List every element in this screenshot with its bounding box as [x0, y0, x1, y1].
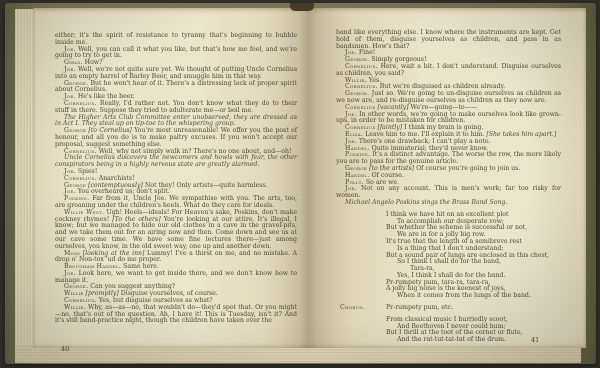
verse-line: When it comes from the lungs of the band…	[397, 293, 561, 300]
speaker-direction: [looking at the inn]	[80, 250, 144, 257]
song-verse: I think we have hit on an excellent plot…	[386, 212, 561, 300]
stage-direction-inline: [She takes him apart.]	[486, 131, 556, 138]
dialogue-line: Willie West. Ugh! Heels—ideals! For Heav…	[55, 210, 297, 251]
dialogue-line: Cornelius. Really, I'd rather not. You d…	[55, 101, 297, 115]
stage-direction: Uncle Cornelius discovers the newcomers …	[55, 155, 297, 169]
dialogue-line: Cornelius. Here, wait a bit. I don't und…	[336, 64, 561, 78]
right-page-number: 41	[531, 336, 539, 344]
dialogue-line: Joe. Look here, we want to get inside th…	[55, 271, 297, 285]
dialogue-line: Poskins. Far from it, Uncle Joe. We symp…	[55, 196, 297, 210]
right-page-content: band like everything else. I know where …	[336, 30, 561, 348]
speaker-name: Moss	[64, 250, 80, 257]
speaker-direction: [to the artists]	[367, 165, 414, 172]
speaker-name: Poskins.	[345, 151, 370, 158]
dialogue-line: Joe. Not on any account. This is men's w…	[336, 186, 561, 200]
stage-direction-inline: [To the others]	[112, 216, 160, 223]
speaker-name: George.	[345, 90, 369, 97]
stage-direction: The Higher Arts Club Committee enter uno…	[55, 115, 297, 129]
dialogue-line: George. But he won't hear of it. There's…	[55, 81, 297, 95]
speaker-direction: [to Cornelius]	[86, 127, 132, 134]
chorus-line: Chorus.Pr-rumpety pum, etc.	[340, 305, 561, 312]
chorus-label: Chorus.	[340, 305, 386, 312]
speaker-name: Joe.	[345, 185, 357, 192]
dialogue-line: Moss [looking at the inn] Lummy! I've a …	[55, 251, 297, 265]
dialogue-line: Joe. Well, you can call it what you like…	[55, 47, 297, 61]
dialogue-line: Willie. Why, as—as—no, that wouldn't do—…	[55, 305, 297, 325]
photo-background: { "photo": { "background_color": "#35342…	[0, 0, 600, 368]
dialogue-line: George. Just so. We're going to un-disgu…	[336, 91, 561, 105]
dialogue-line: Joe. In other words, we're going to make…	[336, 112, 561, 126]
speaker-name: Cornelius.	[345, 63, 378, 70]
spine-top-notch	[290, 3, 314, 11]
speaker-name: Joe.	[345, 111, 357, 118]
chorus-text: Pr-rumpety pum, etc.	[386, 305, 453, 312]
speaker-name: George.	[64, 80, 88, 87]
left-page-content: either; it's the spirit of resistance to…	[55, 33, 297, 325]
continuation-text: band like everything else. I know where …	[336, 30, 561, 50]
speaker-name: Willie West.	[64, 209, 104, 216]
speaker-name: Joe.	[64, 46, 76, 53]
dialogue-line: Poskins. It's a distinct advantage. The …	[336, 152, 561, 166]
speaker-name: Joe.	[64, 270, 76, 277]
speaker-direction: [vacantly]	[376, 104, 409, 111]
speaker-name: Poskins.	[64, 195, 89, 202]
dialogue-line: Joe. Well, we're not quite sure yet. We …	[55, 67, 297, 81]
speaker-name: Joe.	[64, 66, 76, 73]
continuation-text: either; it's the spirit of resistance to…	[55, 33, 297, 47]
speaker-name: Cornelius.	[64, 100, 97, 107]
stage-direction: Michael Angelo Poskins sings the Brass B…	[336, 200, 561, 207]
speaker-name: George	[64, 127, 86, 134]
dialogue-line: George [to Cornelius] You're most unreas…	[55, 128, 297, 148]
left-page-number: 40	[61, 345, 69, 353]
speaker-name: Willie.	[64, 304, 86, 311]
